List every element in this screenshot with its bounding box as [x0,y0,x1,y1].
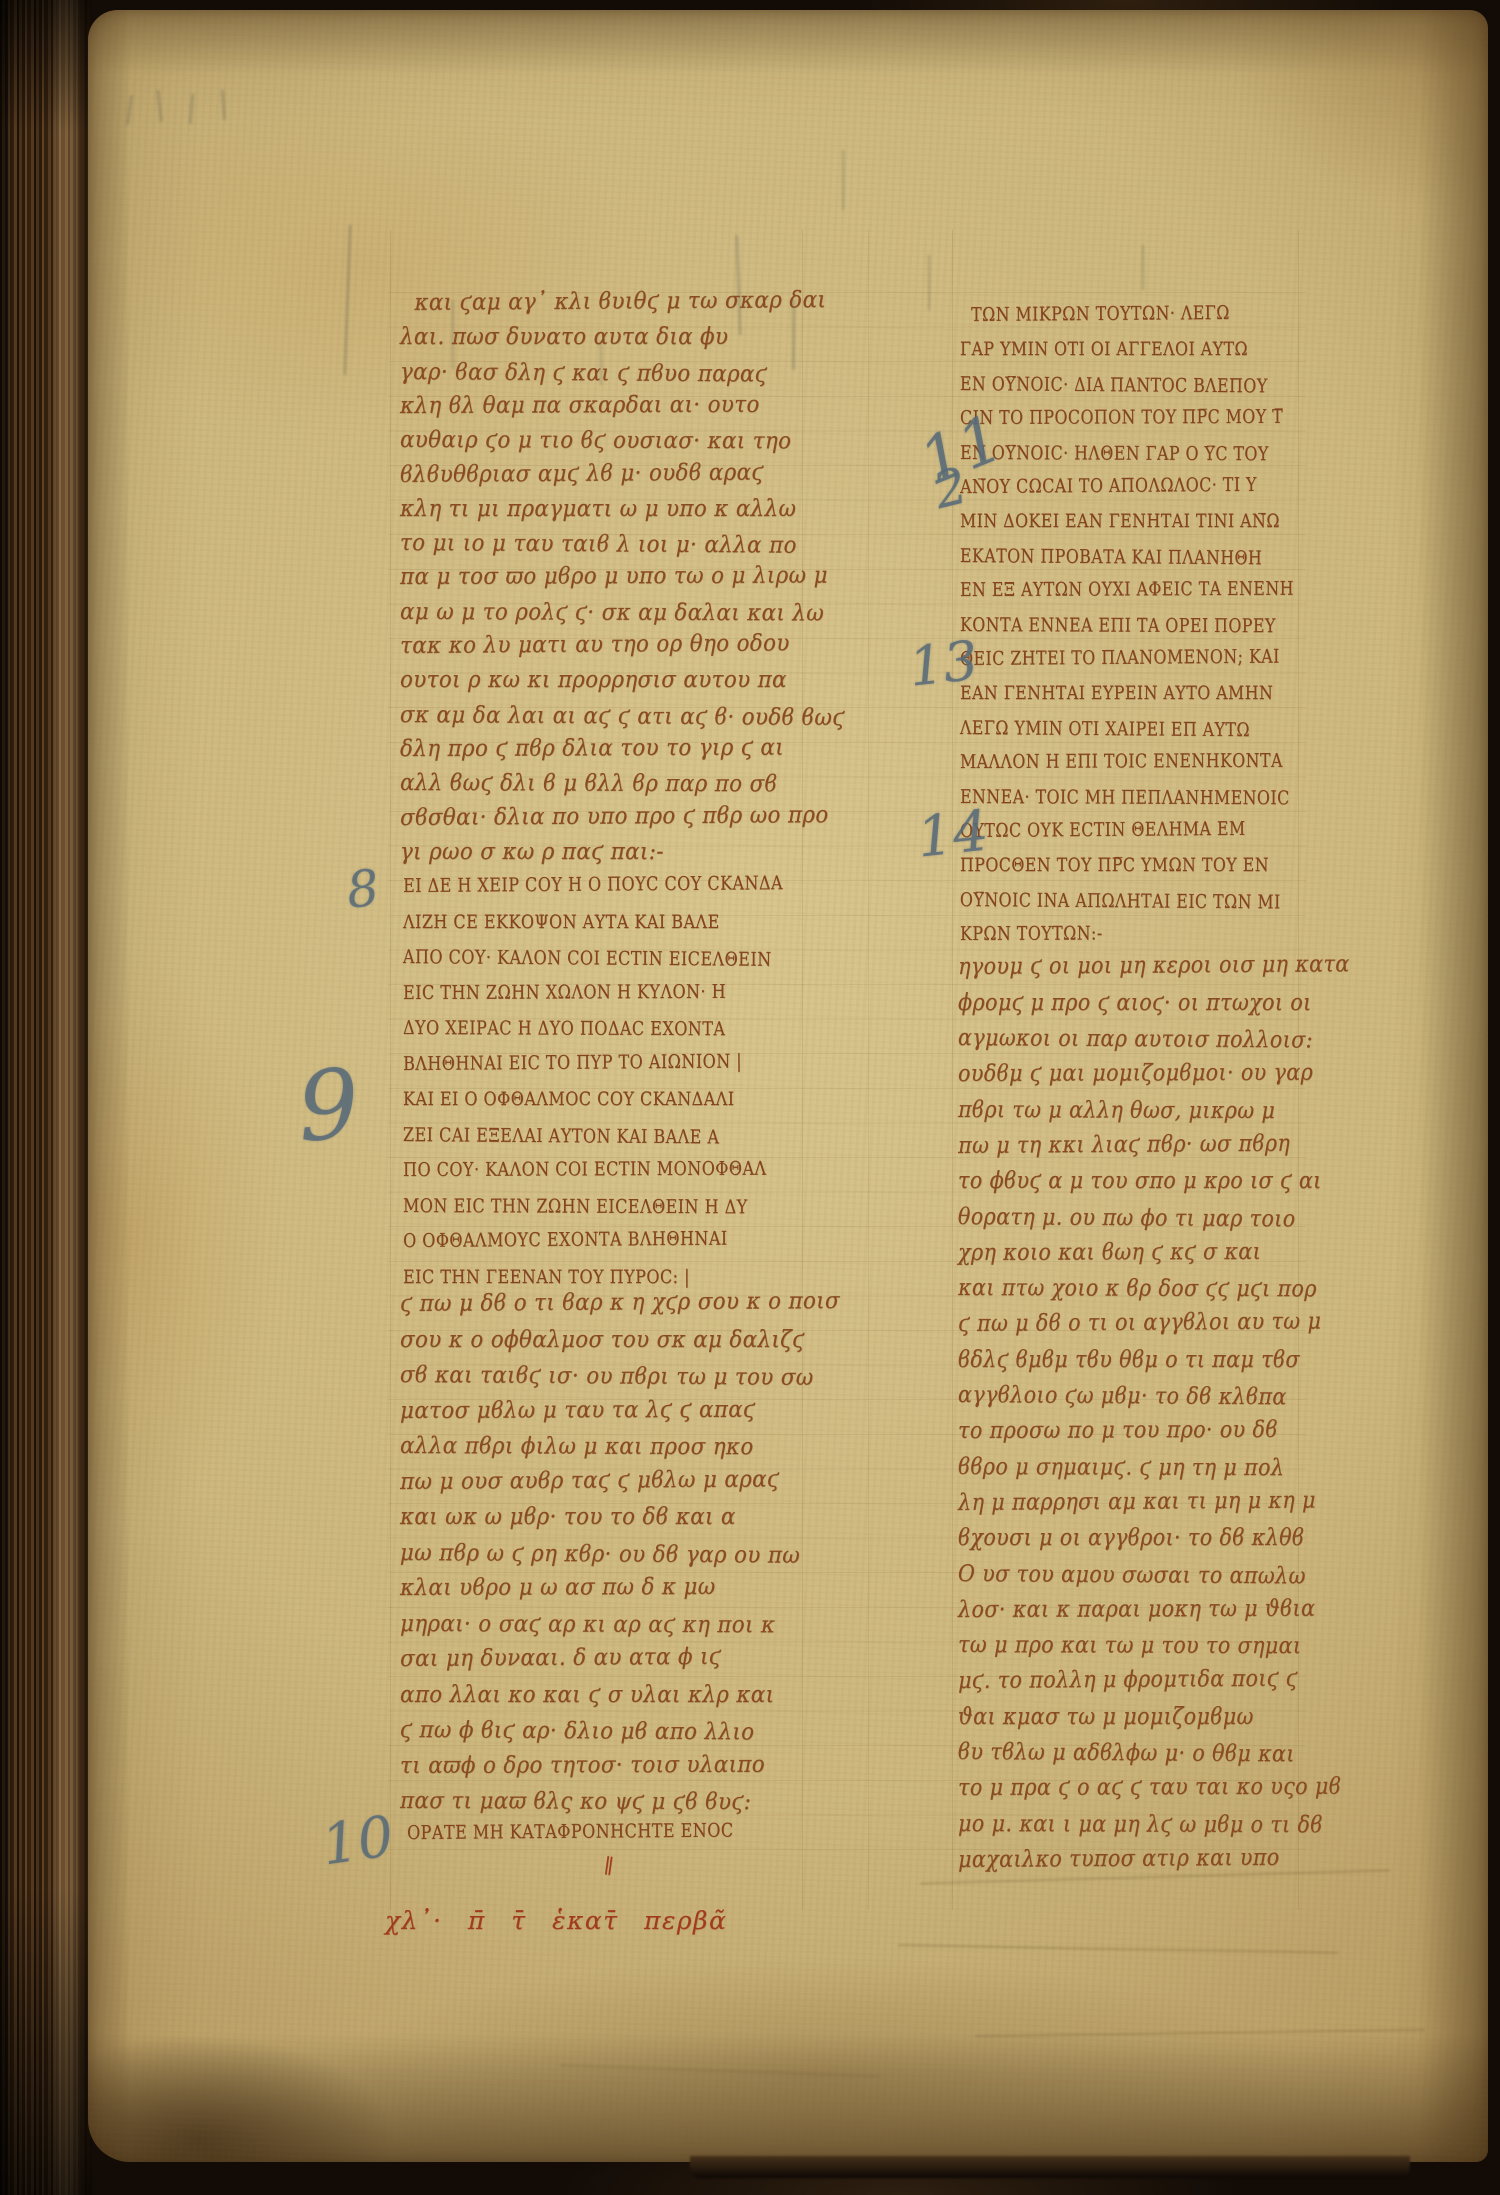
parchment-page [88,10,1488,2162]
chapter-title-rubric: χλ᾽· π̄ τ̄ ἑκατ̄ περβᾶ [385,1908,727,1933]
lower-page-edges [690,2156,1410,2178]
book-spine-page-edges [0,0,92,2195]
manuscript-photo: και ϛαμ αγ᾽ κλι ϐυιθϛ μ τω σκαρ δαιλαι. … [0,0,1500,2195]
